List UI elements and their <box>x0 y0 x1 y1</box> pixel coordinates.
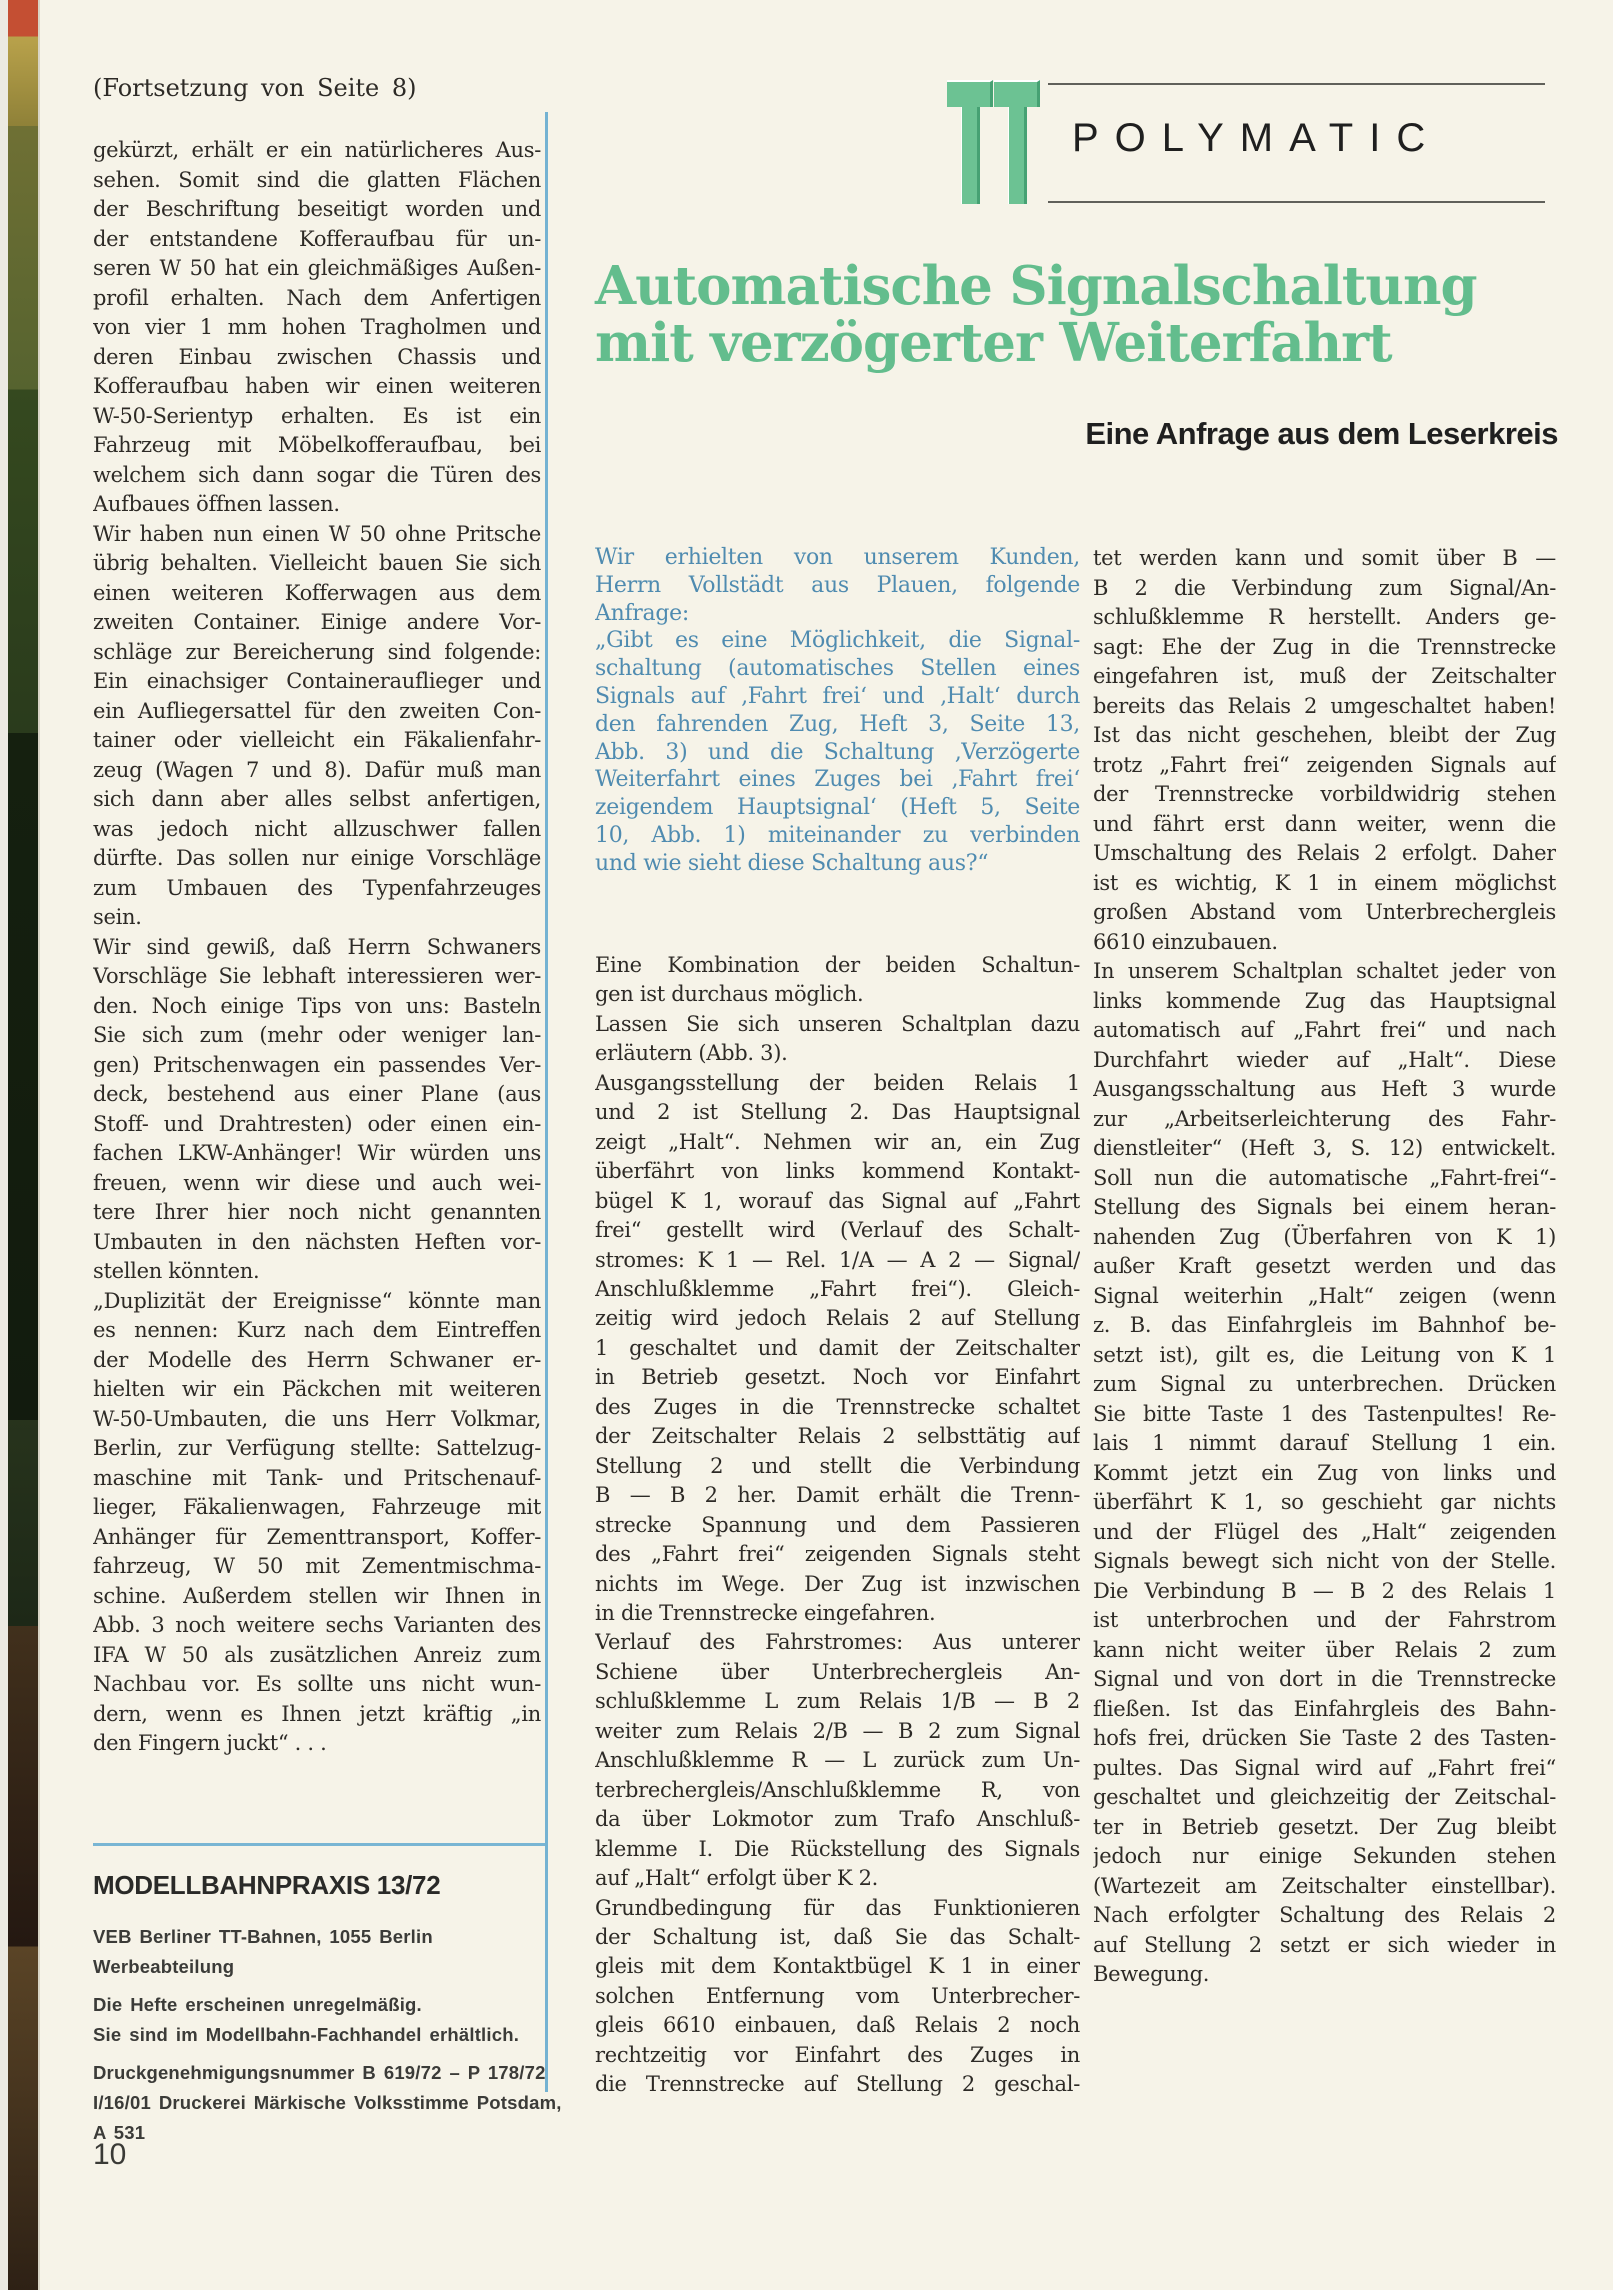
text-line: die Trennstrecke auf Stellung 2 geschal- <box>595 2070 1080 2099</box>
text-line: Bewegung. <box>1093 1960 1556 1990</box>
text-line: 1 geschaltet und damit der Zeitschalter <box>595 1334 1080 1363</box>
text-line: sehen. Somit sind die glatten Flächen <box>93 166 541 196</box>
text-line: erläutern (Abb. 3). <box>595 1039 1080 1068</box>
text-line: freuen, wenn wir diese und auch wei- <box>93 1169 541 1199</box>
text-line: der Modelle des Herrn Schwaner er- <box>93 1346 541 1376</box>
text-line: Herrn Vollstädt aus Plauen, folgende <box>595 572 1080 600</box>
text-line: IFA W 50 als zusätzlichen Anreiz zum <box>93 1641 541 1671</box>
text-line: Schiene über Unterbrechergleis An- <box>595 1658 1080 1687</box>
imprint-line: Sie sind im Modellbahn-Fachhandel erhält… <box>93 2020 563 2050</box>
text-line: Eine Kombination der beiden Schaltun- <box>595 951 1080 980</box>
text-line: Anhänger für Zementtransport, Koffer- <box>93 1523 541 1553</box>
text-line: seren W 50 hat ein gleichmäßiges Außen- <box>93 254 541 284</box>
text-line: Anschlußklemme „Fahrt frei“). Gleich- <box>595 1275 1080 1304</box>
text-line: fahrzeug, W 50 mit Zementmischma- <box>93 1552 541 1582</box>
text-line: Die Verbindung B — B 2 des Relais 1 <box>1093 1577 1556 1607</box>
text-line: W-50-Serientyp erhalten. Es ist ein <box>93 402 541 432</box>
text-line: dürfte. Das sollen nur einige Vorschläge <box>93 844 541 874</box>
text-line: stromes: K 1 — Rel. 1/A — A 2 — Signal/ <box>595 1246 1080 1275</box>
text-line: zur „Arbeitserleichterung des Fahr- <box>1093 1105 1556 1135</box>
text-line: rechtzeitig vor Einfahrt des Zuges in <box>595 2041 1080 2070</box>
text-line: Stellung des Signals bei einem heran- <box>1093 1193 1556 1223</box>
text-line: und 2 ist Stellung 2. Das Hauptsignal <box>595 1098 1080 1127</box>
page-number: 10 <box>93 2138 126 2172</box>
text-line: der entstandene Kofferaufbau für un- <box>93 225 541 255</box>
text-line: Weiterfahrt eines Zuges bei ‚Fahrt frei‘ <box>595 766 1080 794</box>
article-subtitle: Eine Anfrage aus dem Leserkreis <box>958 416 1558 452</box>
text-line: fachen LKW-Anhänger! Wir würden uns <box>93 1139 541 1169</box>
text-line: Kofferaufbau haben wir einen weiteren <box>93 372 541 402</box>
text-line: dienstleiter“ (Heft 3, S. 12) entwickelt… <box>1093 1134 1556 1164</box>
text-line: lieger, Fäkalienwagen, Fahrzeuge mit <box>93 1493 541 1523</box>
text-line: kann nicht weiter über Relais 2 zum <box>1093 1636 1556 1666</box>
text-line: Sie bitte Taste 1 des Tastenpultes! Re- <box>1093 1400 1556 1430</box>
text-line: den fahrenden Zug, Heft 3, Seite 13, <box>595 711 1080 739</box>
text-line: hielten wir ein Päckchen mit weiteren <box>93 1375 541 1405</box>
text-line: sein. <box>93 903 541 933</box>
imprint-line: Werbeabteilung <box>93 1952 563 1982</box>
text-line: bügel K 1, worauf das Signal auf „Fahrt <box>595 1187 1080 1216</box>
text-line: nichts im Wege. Der Zug ist inzwischen <box>595 1570 1080 1599</box>
text-line: und wie sieht diese Schaltung aus?“ <box>595 850 1080 878</box>
text-line: sich dann aber alles selbst anfertigen, <box>93 785 541 815</box>
brand-rule-top <box>1048 83 1545 85</box>
text-line: B — B 2 her. Damit erhält die Trenn- <box>595 1481 1080 1510</box>
text-line: schläge zur Bereicherung sind folgende: <box>93 638 541 668</box>
tt-logo-letter-stem <box>1008 107 1027 204</box>
brand-rule-bottom <box>1048 201 1545 203</box>
text-line: „Gibt es eine Möglichkeit, die Signal- <box>595 627 1080 655</box>
text-line: schlußklemme L zum Relais 1/B — B 2 <box>595 1687 1080 1716</box>
text-line: Fahrzeug mit Möbelkofferaufbau, bei <box>93 431 541 461</box>
text-line: geschaltet und gleichzeitig der Zeitscha… <box>1093 1783 1556 1813</box>
text-line: Aufbaues öffnen lassen. <box>93 490 541 520</box>
text-line: automatisch auf „Fahrt frei“ und nach <box>1093 1016 1556 1046</box>
text-line: zeigendem Hauptsignal‘ (Heft 5, Seite <box>595 794 1080 822</box>
middle-text-column: Eine Kombination der beiden Schaltun-gen… <box>595 951 1080 2100</box>
text-line: der Trennstrecke vorbildwidrig stehen <box>1093 780 1556 810</box>
text-line: Wir erhielten von unserem Kunden, <box>595 544 1080 572</box>
text-line: großen Abstand vom Unterbrechergleis <box>1093 898 1556 928</box>
text-line: des „Fahrt frei“ zeigenden Signals steht <box>595 1540 1080 1569</box>
text-line: jedoch nur einige Sekunden stehen <box>1093 1842 1556 1872</box>
text-line: 6610 einzubauen. <box>1093 928 1556 958</box>
imprint-block: VEB Berliner TT-Bahnen, 1055 BerlinWerbe… <box>93 1922 563 2156</box>
text-line: frei“ gestellt wird (Verlauf des Schalt- <box>595 1216 1080 1245</box>
text-line: den. Noch einige Tips von uns: Basteln <box>93 992 541 1022</box>
text-line: Anschlußklemme R — L zurück zum Un- <box>595 1746 1080 1775</box>
text-line: und fährt erst dann weiter, wenn die <box>1093 810 1556 840</box>
imprint-group: VEB Berliner TT-Bahnen, 1055 BerlinWerbe… <box>93 1922 563 1982</box>
text-line: was jedoch nicht allzuschwer fallen <box>93 815 541 845</box>
text-line: tet werden kann und somit über B — <box>1093 544 1556 574</box>
text-line: überfährt K 1, so geschieht gar nichts <box>1093 1488 1556 1518</box>
text-line: gen ist durchaus möglich. <box>595 980 1080 1009</box>
text-line: Signal weiterhin „Halt“ zeigen (wenn <box>1093 1282 1556 1312</box>
text-line: zweiten Container. Einige andere Vor- <box>93 608 541 638</box>
text-line: Ein einachsiger Containerauflieger und <box>93 667 541 697</box>
text-line: Berlin, zur Verfügung stellte: Sattelzug… <box>93 1434 541 1464</box>
text-line: dern, wenn es Ihnen jetzt kräftig „in <box>93 1700 541 1730</box>
text-line: setzt ist), gilt es, die Leitung von K 1 <box>1093 1341 1556 1371</box>
text-line: ein Aufliegersattel für den zweiten Con- <box>93 697 541 727</box>
text-line: gleis 6610 einbauen, daß Relais 2 noch <box>595 2011 1080 2040</box>
text-line: Sie sich zum (mehr oder weniger lan- <box>93 1021 541 1051</box>
text-line: von vier 1 mm hohen Tragholmen und <box>93 313 541 343</box>
text-line: Grundbedingung für das Funktionieren <box>595 1894 1080 1923</box>
text-line: ist unterbrochen und der Fahrstrom <box>1093 1606 1556 1636</box>
text-line: strecke Spannung und dem Passieren <box>595 1511 1080 1540</box>
continuation-note: (Fortsetzung von Seite 8) <box>93 74 417 102</box>
text-line: Ist das nicht geschehen, bleibt der Zug <box>1093 721 1556 751</box>
magazine-page: (Fortsetzung von Seite 8) POLYMATIC Auto… <box>0 0 1613 2290</box>
text-line: pultes. Das Signal wird auf „Fahrt frei“ <box>1093 1754 1556 1784</box>
text-line: es nennen: Kurz nach dem Eintreffen <box>93 1316 541 1346</box>
text-line: Ausgangsstellung der beiden Relais 1 <box>595 1069 1080 1098</box>
text-line: Stellung 2 und stellt die Verbindung <box>595 1452 1080 1481</box>
text-line: des Zuges in die Trennstrecke schaltet <box>595 1393 1080 1422</box>
text-line: 10, Abb. 1) miteinander zu verbinden <box>595 822 1080 850</box>
text-line: tere Ihrer hier noch nicht genannten <box>93 1198 541 1228</box>
column-divider-rule <box>545 112 548 2092</box>
text-line: gen) Pritschenwagen ein passendes Ver- <box>93 1051 541 1081</box>
text-line: tainer oder vielleicht ein Fäkalienfahr- <box>93 726 541 756</box>
text-line: Ausgangsschaltung aus Heft 3 wurde <box>1093 1075 1556 1105</box>
imprint-divider-rule <box>93 1843 545 1846</box>
text-line: gekürzt, erhält er ein natürlicheres Aus… <box>93 136 541 166</box>
text-line: zum Umbauen des Typenfahrzeuges <box>93 874 541 904</box>
text-line: fließen. Ist das Einfahrgleis des Bahn- <box>1093 1695 1556 1725</box>
imprint-line: I/16/01 Druckerei Märkische Volksstimme … <box>93 2088 563 2118</box>
tt-logo-letter-bar <box>994 80 1040 107</box>
text-line: solchen Entfernung vom Unterbrecher- <box>595 1982 1080 2011</box>
text-line: überfährt von links kommend Kontakt- <box>595 1157 1080 1186</box>
text-line: Vorschläge Sie lebhaft interessieren wer… <box>93 962 541 992</box>
text-line: der Schaltung ist, daß Sie das Schalt- <box>595 1923 1080 1952</box>
text-line: nahenden Zug (Überfahren von K 1) <box>1093 1223 1556 1253</box>
text-line: Nach erfolgter Schaltung des Relais 2 <box>1093 1901 1556 1931</box>
text-line: Signals auf ‚Fahrt frei‘ und ‚Halt‘ durc… <box>595 683 1080 711</box>
text-line: Wir sind gewiß, daß Herrn Schwaners <box>93 933 541 963</box>
text-line: gleis mit dem Kontaktbügel K 1 in einer <box>595 1952 1080 1981</box>
text-line: terbrechergleis/Anschlußklemme R, von <box>595 1776 1080 1805</box>
headline-line2: mit verzögerter Weiterfahrt <box>595 315 1477 372</box>
text-line: (Wartezeit am Zeitschalter einstellbar). <box>1093 1872 1556 1902</box>
brand-name: POLYMATIC <box>1072 116 1441 161</box>
text-line: übrig behalten. Vielleicht bauen Sie sic… <box>93 549 541 579</box>
text-line: Abb. 3) und die Schaltung ‚Verzögerte <box>595 739 1080 767</box>
text-line: hofs frei, drücken Sie Taste 2 des Taste… <box>1093 1724 1556 1754</box>
text-line: in Betrieb gesetzt. Noch vor Einfahrt <box>595 1363 1080 1392</box>
text-line: zeug (Wagen 7 und 8). Dafür muß man <box>93 756 541 786</box>
text-line: auf „Halt“ erfolgt über K 2. <box>595 1864 1080 1893</box>
text-line: den Fingern juckt“ . . . <box>93 1729 541 1759</box>
text-line: schine. Außerdem stellen wir Ihnen in <box>93 1582 541 1612</box>
text-line: klemme I. Die Rückstellung des Signals <box>595 1835 1080 1864</box>
tt-logo-letter-stem <box>961 107 980 204</box>
text-line: deren Einbau zwischen Chassis und <box>93 343 541 373</box>
text-line: schaltung (automatisches Stellen eines <box>595 655 1080 683</box>
text-line: Signals bewegt sich nicht von der Stelle… <box>1093 1547 1556 1577</box>
headline-line1: Automatische Signalschaltung <box>595 258 1477 315</box>
text-line: Lassen Sie sich unseren Schaltplan dazu <box>595 1010 1080 1039</box>
text-line: profil erhalten. Nach dem Anfertigen <box>93 284 541 314</box>
text-line: maschine mit Tank- und Pritschenauf- <box>93 1464 541 1494</box>
text-line: Umbauten in den nächsten Heften vor- <box>93 1228 541 1258</box>
text-line: z. B. das Einfahrgleis im Bahnhof be- <box>1093 1311 1556 1341</box>
imprint-group: Die Hefte erscheinen unregelmäßig.Sie si… <box>93 1990 563 2050</box>
imprint-group: Druckgenehmigungsnummer B 619/72 – P 178… <box>93 2058 563 2148</box>
text-line: ter in Betrieb gesetzt. Der Zug bleibt <box>1093 1813 1556 1843</box>
imprint-line: A 531 <box>93 2118 563 2148</box>
text-line: Umschaltung des Relais 2 erfolgt. Daher <box>1093 839 1556 869</box>
text-line: da über Lokmotor zum Trafo Anschluß- <box>595 1805 1080 1834</box>
text-line: Verlauf des Fahrstromes: Aus unterer <box>595 1628 1080 1657</box>
text-line: ist es wichtig, K 1 in einem möglichst <box>1093 869 1556 899</box>
adjacent-page-photo-strip <box>8 0 38 2290</box>
text-line: zeigt „Halt“. Nehmen wir an, ein Zug <box>595 1128 1080 1157</box>
imprint-line: Die Hefte erscheinen unregelmäßig. <box>93 1990 563 2020</box>
tt-logo-letter-bar <box>947 80 993 107</box>
text-line: der Zeitschalter Relais 2 selbsttätig au… <box>595 1422 1080 1451</box>
text-line: Nachbau vor. Es sollte uns nicht wun- <box>93 1670 541 1700</box>
text-line: trotz „Fahrt frei“ zeigenden Signals auf <box>1093 751 1556 781</box>
imprint-title: MODELLBAHNPRAXIS 13/72 <box>93 1870 440 1901</box>
text-line: zum Signal zu unterbrechen. Drücken <box>1093 1370 1556 1400</box>
text-line: stellen könnten. <box>93 1257 541 1287</box>
text-line: welchem sich dann sogar die Türen des <box>93 461 541 491</box>
text-line: bereits das Relais 2 umgeschaltet haben! <box>1093 692 1556 722</box>
text-line: In unserem Schaltplan schaltet jeder von <box>1093 957 1556 987</box>
text-line: lais 1 nimmt darauf Stellung 1 ein. <box>1093 1429 1556 1459</box>
text-line: Stoff- und Drahtresten) oder einen ein- <box>93 1110 541 1140</box>
text-line: außer Kraft gesetzt werden und das <box>1093 1252 1556 1282</box>
text-line: W-50-Umbauten, die uns Herr Volkmar, <box>93 1405 541 1435</box>
text-line: und der Flügel des „Halt“ zeigenden <box>1093 1518 1556 1548</box>
text-line: Durchfahrt wieder auf „Halt“. Diese <box>1093 1046 1556 1076</box>
text-line: auf Stellung 2 setzt er sich wieder in <box>1093 1931 1556 1961</box>
right-text-column: tet werden kann und somit über B —B 2 di… <box>1093 544 1556 1990</box>
imprint-line: Druckgenehmigungsnummer B 619/72 – P 178… <box>93 2058 563 2088</box>
tt-logo <box>947 80 1043 204</box>
text-line: in die Trennstrecke eingefahren. <box>595 1599 1080 1628</box>
text-line: Wir haben nun einen W 50 ohne Pritsche <box>93 520 541 550</box>
text-line: sagt: Ehe der Zug in die Trennstrecke <box>1093 633 1556 663</box>
text-line: weiter zum Relais 2/B — B 2 zum Signal <box>595 1717 1080 1746</box>
text-line: einen weiteren Kofferwagen aus dem <box>93 579 541 609</box>
text-line: B 2 die Verbindung zum Signal/An- <box>1093 574 1556 604</box>
text-line: „Duplizität der Ereignisse“ könnte man <box>93 1287 541 1317</box>
left-text-column: gekürzt, erhält er ein natürlicheres Aus… <box>93 136 541 1759</box>
text-line: zeitig wird jedoch Relais 2 auf Stellung <box>595 1304 1080 1333</box>
text-line: Anfrage: <box>595 600 1080 628</box>
article-headline: Automatische Signalschaltung mit verzöge… <box>595 258 1477 372</box>
scan-edge <box>0 0 8 2290</box>
text-line: Abb. 3 noch weitere sechs Varianten des <box>93 1611 541 1641</box>
text-line: Signal und von dort in die Trennstrecke <box>1093 1665 1556 1695</box>
text-line: deck, bestehend aus einer Plane (aus <box>93 1080 541 1110</box>
text-line: eingefahren ist, muß der Zeitschalter <box>1093 662 1556 692</box>
text-line: Soll nun die automatische „Fahrt-frei“- <box>1093 1164 1556 1194</box>
text-line: schlußklemme R herstellt. Anders ge- <box>1093 603 1556 633</box>
text-line: der Beschriftung beseitigt worden und <box>93 195 541 225</box>
reader-question-quote: Wir erhielten von unserem Kunden,Herrn V… <box>595 544 1080 878</box>
imprint-line: VEB Berliner TT-Bahnen, 1055 Berlin <box>93 1922 563 1952</box>
text-line: Kommt jetzt ein Zug von links und <box>1093 1459 1556 1489</box>
text-line: links kommende Zug das Hauptsignal <box>1093 987 1556 1017</box>
page-fold-seam <box>38 0 40 2290</box>
